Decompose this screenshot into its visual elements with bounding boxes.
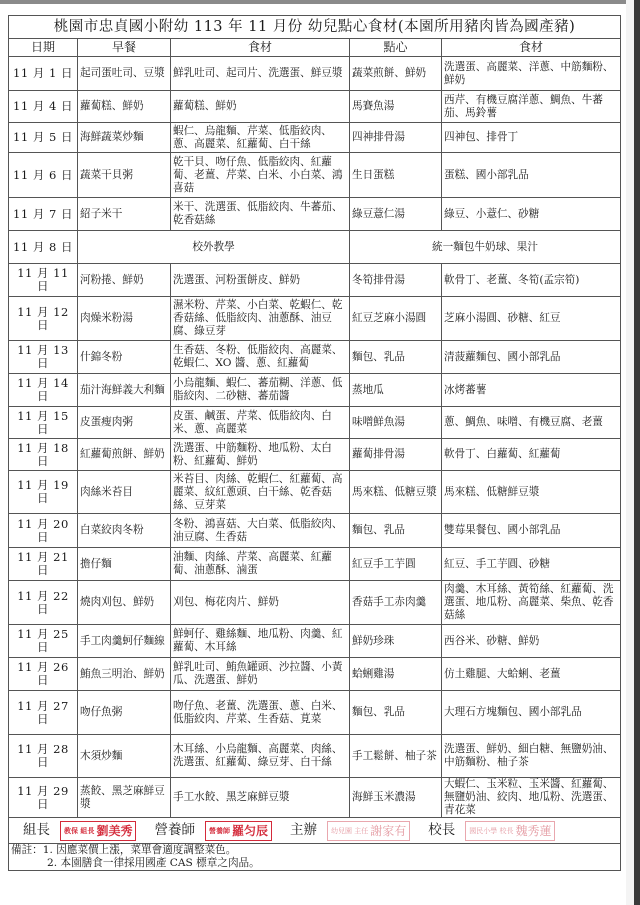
breakfast-cell: 燒肉刈包、鮮奶	[78, 581, 171, 625]
snack-cell: 蘿蔔排骨湯	[350, 439, 442, 471]
title-row: 桃園市忠貞國小附幼 113 年 11 月份 幼兒點心食材(本園所用豬肉皆為國產豬…	[9, 16, 621, 39]
snack-ingredients-cell: 肉羹、木耳絲、黃筍絲、紅蘿蔔、洗選蛋、地瓜粉、高麗菜、柴魚、乾香菇絲	[442, 581, 621, 625]
breakfast-cell: 皮蛋瘦肉粥	[78, 407, 171, 439]
date-cell: 11 月 25 日	[9, 625, 78, 658]
note-line-2: 2. 本園膳食一律採用國產 CAS 標章之肉品。	[11, 857, 618, 870]
stamp-group-leader: 教保 組長劉美秀	[60, 821, 136, 841]
date-cell: 11 月 20 日	[9, 514, 78, 548]
snack-ingredients-cell: 軟骨丁、白蘿蔔、紅蘿蔔	[442, 439, 621, 471]
snack-cell: 紅豆手工芋圓	[350, 548, 442, 581]
breakfast-ingredients-cell: 米苔目、肉絲、乾蝦仁、紅蘿蔔、高麗菜、紋紅蔥頭、白干絲、乾香菇絲、豆芽菜	[171, 471, 350, 514]
table-row: 11 月 29 日 蒸餃、黑芝麻鮮豆漿 手工水餃、黑芝麻鮮豆漿 海鮮玉米濃湯 大…	[9, 778, 621, 818]
header-breakfast: 早餐	[78, 39, 171, 57]
breakfast-cell: 鮪魚三明治、鮮奶	[78, 658, 171, 691]
snack-ingredients-cell: 清菠蘿麵包、國小部乳品	[442, 341, 621, 374]
table-row: 11 月 1 日 起司蛋吐司、豆漿 鮮乳吐司、起司片、洗選蛋、鮮豆漿 蔬菜煎餅、…	[9, 57, 621, 91]
breakfast-ingredients-cell: 冬粉、鴻喜菇、大白菜、低脂絞肉、油豆腐、生香菇	[171, 514, 350, 548]
signature-cell: 組長 教保 組長劉美秀 營養師 營養師羅匀辰 主辦 幼兒園 主任謝家有 校長 國…	[9, 818, 621, 844]
snack-ingredients-cell: 洗選蛋、高麗菜、洋蔥、中筋麵粉、鮮奶	[442, 57, 621, 91]
breakfast-cell: 吻仔魚粥	[78, 691, 171, 735]
date-cell: 11 月 28 日	[9, 735, 78, 778]
table-row: 11 月 6 日 蔬菜干貝粥 乾干貝、吻仔魚、低脂絞肉、紅蘿蔔、老薑、芹菜、白米…	[9, 153, 621, 198]
breakfast-cell: 肉燥米粉湯	[78, 297, 171, 341]
role-group-leader: 組長	[23, 824, 50, 837]
breakfast-ingredients-cell: 蝦仁、烏龍麵、芹菜、低脂絞肉、蔥、高麗菜、紅蘿蔔、白干絲	[171, 123, 350, 153]
breakfast-cell: 紹子米干	[78, 198, 171, 231]
breakfast-cell: 河粉捲、鮮奶	[78, 264, 171, 297]
date-cell: 11 月 15 日	[9, 407, 78, 439]
date-cell: 11 月 6 日	[9, 153, 78, 198]
snack-cell: 麵包、乳品	[350, 514, 442, 548]
table-row: 11 月 15 日 皮蛋瘦肉粥 皮蛋、鹹蛋、芹菜、低脂絞肉、白米、蔥、高麗菜 味…	[9, 407, 621, 439]
table-row: 11 月 22 日 燒肉刈包、鮮奶 刈包、梅花肉片、鮮奶 香菇手工赤肉羹 肉羹、…	[9, 581, 621, 625]
stamp-title: 營養師	[209, 827, 230, 835]
snack-cell: 馬賽魚湯	[350, 91, 442, 123]
breakfast-ingredients-cell: 鮮蚵仔、雞絲麵、地瓜粉、肉羹、紅蘿蔔、木耳絲	[171, 625, 350, 658]
breakfast-ingredients-cell: 生香菇、冬粉、低脂絞肉、高麗菜、乾蝦仁、XO 醬、蔥、紅蘿蔔	[171, 341, 350, 374]
breakfast-cell: 蔬菜干貝粥	[78, 153, 171, 198]
table-row: 11 月 26 日 鮪魚三明治、鮮奶 鮮乳吐司、鮪魚罐頭、沙拉醬、小黃瓜、洗選蛋…	[9, 658, 621, 691]
note-item: 2. 本園膳食一律採用國產 CAS 標章之肉品。	[47, 857, 260, 869]
snack-ingredients-cell: 馬來糕、低糖鮮豆漿	[442, 471, 621, 514]
breakfast-ingredients-cell: 油麵、肉絲、芹菜、高麗菜、紅蘿蔔、油蔥酥、滷蛋	[171, 548, 350, 581]
breakfast-ingredients-cell: 米干、洗選蛋、低脂絞肉、牛蕃茄、乾香菇絲	[171, 198, 350, 231]
stamp-title: 教保 組長	[64, 827, 94, 835]
snack-cell: 蒸地瓜	[350, 374, 442, 407]
snack-ingredients-cell: 芝麻小湯圓、砂糖、紅豆	[442, 297, 621, 341]
table-row: 11 月 18 日 紅蘿蔔煎餅、鮮奶 洗選蛋、中筋麵粉、地瓜粉、太白粉、紅蘿蔔、…	[9, 439, 621, 471]
notes-label: 備註：	[11, 844, 43, 856]
table-row: 11 月 25 日 手工肉羹蚵仔麵線 鮮蚵仔、雞絲麵、地瓜粉、肉羹、紅蘿蔔、木耳…	[9, 625, 621, 658]
scan-top-shadow	[0, 0, 640, 4]
breakfast-ingredients-cell: 洗選蛋、中筋麵粉、地瓜粉、太白粉、紅蘿蔔、鮮奶	[171, 439, 350, 471]
snack-cell: 味噌鮮魚湯	[350, 407, 442, 439]
snack-ingredients-cell: 仿土雞腿、大蛤蜊、老薑	[442, 658, 621, 691]
snack-ingredients-cell: 四神包、排骨丁	[442, 123, 621, 153]
snack-cell: 綠豆薏仁湯	[350, 198, 442, 231]
table-row: 11 月 13 日 什錦冬粉 生香菇、冬粉、低脂絞肉、高麗菜、乾蝦仁、XO 醬、…	[9, 341, 621, 374]
breakfast-cell: 茄汁海鮮義大利麵	[78, 374, 171, 407]
snack-cell: 海鮮玉米濃湯	[350, 778, 442, 818]
breakfast-cell: 手工肉羹蚵仔麵線	[78, 625, 171, 658]
table-row-merged: 11 月 8 日 校外教學 統一麵包牛奶球、果汁	[9, 231, 621, 264]
snack-ingredients-cell: 蔥、鯛魚、味噌、有機豆腐、老薑	[442, 407, 621, 439]
table-row: 11 月 12 日 肉燥米粉湯 濕米粉、芹菜、小白菜、乾蝦仁、乾香菇絲、低脂絞肉…	[9, 297, 621, 341]
document-title: 桃園市忠貞國小附幼 113 年 11 月份 幼兒點心食材(本園所用豬肉皆為國產豬…	[9, 16, 621, 39]
snack-ingredients-cell: 綠豆、小薏仁、砂糖	[442, 198, 621, 231]
date-cell: 11 月 21 日	[9, 548, 78, 581]
role-organizer: 主辦	[290, 824, 317, 837]
table-row: 11 月 5 日 海鮮蔬菜炒麵 蝦仁、烏龍麵、芹菜、低脂絞肉、蔥、高麗菜、紅蘿蔔…	[9, 123, 621, 153]
snack-cell: 馬來糕、低糖豆漿	[350, 471, 442, 514]
notes-row: 備註：1. 因應菜價上漲，菜單會適度調整菜色。 2. 本園膳食一律採用國產 CA…	[9, 844, 621, 871]
stamp-principal: 國民小學 校長魏秀蓮	[465, 821, 555, 841]
breakfast-merged-cell: 校外教學	[78, 231, 350, 264]
breakfast-cell: 海鮮蔬菜炒麵	[78, 123, 171, 153]
breakfast-cell: 什錦冬粉	[78, 341, 171, 374]
header-snack-ingredients: 食材	[442, 39, 621, 57]
date-cell: 11 月 11 日	[9, 264, 78, 297]
breakfast-cell: 擔仔麵	[78, 548, 171, 581]
snack-cell: 紅豆芝麻小湯圓	[350, 297, 442, 341]
breakfast-ingredients-cell: 洗選蛋、河粉蛋餅皮、鮮奶	[171, 264, 350, 297]
snack-cell: 麵包、乳品	[350, 341, 442, 374]
role-principal: 校長	[428, 824, 455, 837]
snack-cell: 鮮奶珍珠	[350, 625, 442, 658]
table-row: 11 月 20 日 白菜絞肉冬粉 冬粉、鴻喜菇、大白菜、低脂絞肉、油豆腐、生香菇…	[9, 514, 621, 548]
role-dietitian: 營養師	[154, 824, 195, 837]
snack-cell: 四神排骨湯	[350, 123, 442, 153]
date-cell: 11 月 1 日	[9, 57, 78, 91]
breakfast-ingredients-cell: 濕米粉、芹菜、小白菜、乾蝦仁、乾香菇絲、低脂絞肉、油蔥酥、油豆腐、綠豆芽	[171, 297, 350, 341]
table-row: 11 月 7 日 紹子米干 米干、洗選蛋、低脂絞肉、牛蕃茄、乾香菇絲 綠豆薏仁湯…	[9, 198, 621, 231]
snack-ingredients-cell: 大理石方塊麵包、國小部乳品	[442, 691, 621, 735]
snack-ingredients-cell: 冰烤蕃薯	[442, 374, 621, 407]
snack-cell: 冬筍排骨湯	[350, 264, 442, 297]
header-snack: 點心	[350, 39, 442, 57]
signature-row: 組長 教保 組長劉美秀 營養師 營養師羅匀辰 主辦 幼兒園 主任謝家有 校長 國…	[9, 818, 621, 844]
breakfast-ingredients-cell: 皮蛋、鹹蛋、芹菜、低脂絞肉、白米、蔥、高麗菜	[171, 407, 350, 439]
notes-cell: 備註：1. 因應菜價上漲，菜單會適度調整菜色。 2. 本園膳食一律採用國產 CA…	[9, 844, 621, 871]
date-cell: 11 月 18 日	[9, 439, 78, 471]
date-cell: 11 月 19 日	[9, 471, 78, 514]
breakfast-ingredients-cell: 木耳絲、小烏龍麵、高麗菜、肉絲、洗選蛋、紅蘿蔔、綠豆芽、白干絲	[171, 735, 350, 778]
breakfast-ingredients-cell: 乾干貝、吻仔魚、低脂絞肉、紅蘿蔔、老薑、芹菜、白米、小白菜、鴻喜菇	[171, 153, 350, 198]
stamp-dietitian: 營養師羅匀辰	[205, 821, 272, 841]
breakfast-cell: 紅蘿蔔煎餅、鮮奶	[78, 439, 171, 471]
table-row: 11 月 4 日 蘿蔔糕、鮮奶 蘿蔔糕、鮮奶 馬賽魚湯 西芹、有機豆腐洋蔥、鯛魚…	[9, 91, 621, 123]
table-row: 11 月 21 日 擔仔麵 油麵、肉絲、芹菜、高麗菜、紅蘿蔔、油蔥酥、滷蛋 紅豆…	[9, 548, 621, 581]
breakfast-cell: 木須炒麵	[78, 735, 171, 778]
breakfast-ingredients-cell: 鮮乳吐司、起司片、洗選蛋、鮮豆漿	[171, 57, 350, 91]
snack-ingredients-cell: 洗選蛋、鮮奶、細白糖、無鹽奶油、中筋麵粉、柚子茶	[442, 735, 621, 778]
stamp-name: 謝家有	[370, 824, 406, 838]
table-row: 11 月 28 日 木須炒麵 木耳絲、小烏龍麵、高麗菜、肉絲、洗選蛋、紅蘿蔔、綠…	[9, 735, 621, 778]
breakfast-ingredients-cell: 吻仔魚、老薑、洗選蛋、蔥、白米、低脂絞肉、芹菜、生香菇、莧菜	[171, 691, 350, 735]
header-breakfast-ingredients: 食材	[171, 39, 350, 57]
breakfast-cell: 肉絲米苔目	[78, 471, 171, 514]
note-line-1: 備註：1. 因應菜價上漲，菜單會適度調整菜色。	[11, 844, 618, 857]
breakfast-ingredients-cell: 鮮乳吐司、鮪魚罐頭、沙拉醬、小黃瓜、洗選蛋、鮮奶	[171, 658, 350, 691]
date-cell: 11 月 4 日	[9, 91, 78, 123]
snack-ingredients-cell: 西芹、有機豆腐洋蔥、鯛魚、牛蕃茄、馬鈴薯	[442, 91, 621, 123]
table-row: 11 月 14 日 茄汁海鮮義大利麵 小烏龍麵、蝦仁、蕃茄糊、洋蔥、低脂絞肉、二…	[9, 374, 621, 407]
stamp-name: 羅匀辰	[232, 824, 268, 838]
date-cell: 11 月 13 日	[9, 341, 78, 374]
snack-ingredients-cell: 蛋糕、國小部乳品	[442, 153, 621, 198]
breakfast-ingredients-cell: 蘿蔔糕、鮮奶	[171, 91, 350, 123]
snack-cell: 香菇手工赤肉羹	[350, 581, 442, 625]
date-cell: 11 月 22 日	[9, 581, 78, 625]
date-cell: 11 月 8 日	[9, 231, 78, 264]
snack-ingredients-cell: 西谷米、砂糖、鮮奶	[442, 625, 621, 658]
date-cell: 11 月 29 日	[9, 778, 78, 818]
snack-ingredients-cell: 紅豆、手工芋圓、砂糖	[442, 548, 621, 581]
breakfast-ingredients-cell: 刈包、梅花肉片、鮮奶	[171, 581, 350, 625]
snack-ingredients-cell: 雙莓果餐包、國小部乳品	[442, 514, 621, 548]
snack-cell: 蛤蜊雞湯	[350, 658, 442, 691]
breakfast-ingredients-cell: 小烏龍麵、蝦仁、蕃茄糊、洋蔥、低脂絞肉、二砂糖、蕃茄醬	[171, 374, 350, 407]
table-row: 11 月 11 日 河粉捲、鮮奶 洗選蛋、河粉蛋餅皮、鮮奶 冬筍排骨湯 軟骨丁、…	[9, 264, 621, 297]
snack-ingredients-cell: 軟骨丁、老薑、冬筍(孟宗筍)	[442, 264, 621, 297]
date-cell: 11 月 5 日	[9, 123, 78, 153]
scan-page-edge	[634, 0, 640, 905]
breakfast-cell: 起司蛋吐司、豆漿	[78, 57, 171, 91]
table-row: 11 月 27 日 吻仔魚粥 吻仔魚、老薑、洗選蛋、蔥、白米、低脂絞肉、芹菜、生…	[9, 691, 621, 735]
stamp-name: 劉美秀	[96, 824, 132, 838]
stamp-title: 幼兒園 主任	[331, 827, 368, 835]
date-cell: 11 月 26 日	[9, 658, 78, 691]
date-cell: 11 月 27 日	[9, 691, 78, 735]
header-row: 日期 早餐 食材 點心 食材	[9, 39, 621, 57]
snack-cell: 生日蛋糕	[350, 153, 442, 198]
signature-block: 組長 教保 組長劉美秀 營養師 營養師羅匀辰 主辦 幼兒園 主任謝家有 校長 國…	[11, 821, 618, 841]
date-cell: 11 月 12 日	[9, 297, 78, 341]
snack-cell: 麵包、乳品	[350, 691, 442, 735]
stamp-organizer: 幼兒園 主任謝家有	[327, 821, 410, 841]
snack-cell: 蔬菜煎餅、鮮奶	[350, 57, 442, 91]
date-cell: 11 月 7 日	[9, 198, 78, 231]
snack-ingredients-cell: 大蝦仁、玉米粒、玉米醬、紅蘿蔔、無鹽奶油、絞肉、地瓜粉、洗選蛋、青花菜	[442, 778, 621, 818]
scan-page-margin	[626, 0, 634, 905]
breakfast-cell: 蘿蔔糕、鮮奶	[78, 91, 171, 123]
date-cell: 11 月 14 日	[9, 374, 78, 407]
breakfast-cell: 白菜絞肉冬粉	[78, 514, 171, 548]
header-date: 日期	[9, 39, 78, 57]
table-row: 11 月 19 日 肉絲米苔目 米苔目、肉絲、乾蝦仁、紅蘿蔔、高麗菜、紋紅蔥頭、…	[9, 471, 621, 514]
stamp-name: 魏秀蓮	[515, 824, 551, 838]
snack-cell: 手工鬆餅、柚子茶	[350, 735, 442, 778]
snack-merged-cell: 統一麵包牛奶球、果汁	[350, 231, 621, 264]
note-item: 1. 因應菜價上漲，菜單會適度調整菜色。	[43, 844, 237, 856]
breakfast-ingredients-cell: 手工水餃、黑芝麻鮮豆漿	[171, 778, 350, 818]
breakfast-cell: 蒸餃、黑芝麻鮮豆漿	[78, 778, 171, 818]
snack-menu-table: 桃園市忠貞國小附幼 113 年 11 月份 幼兒點心食材(本園所用豬肉皆為國產豬…	[8, 15, 621, 871]
stamp-title: 國民小學 校長	[469, 827, 513, 835]
